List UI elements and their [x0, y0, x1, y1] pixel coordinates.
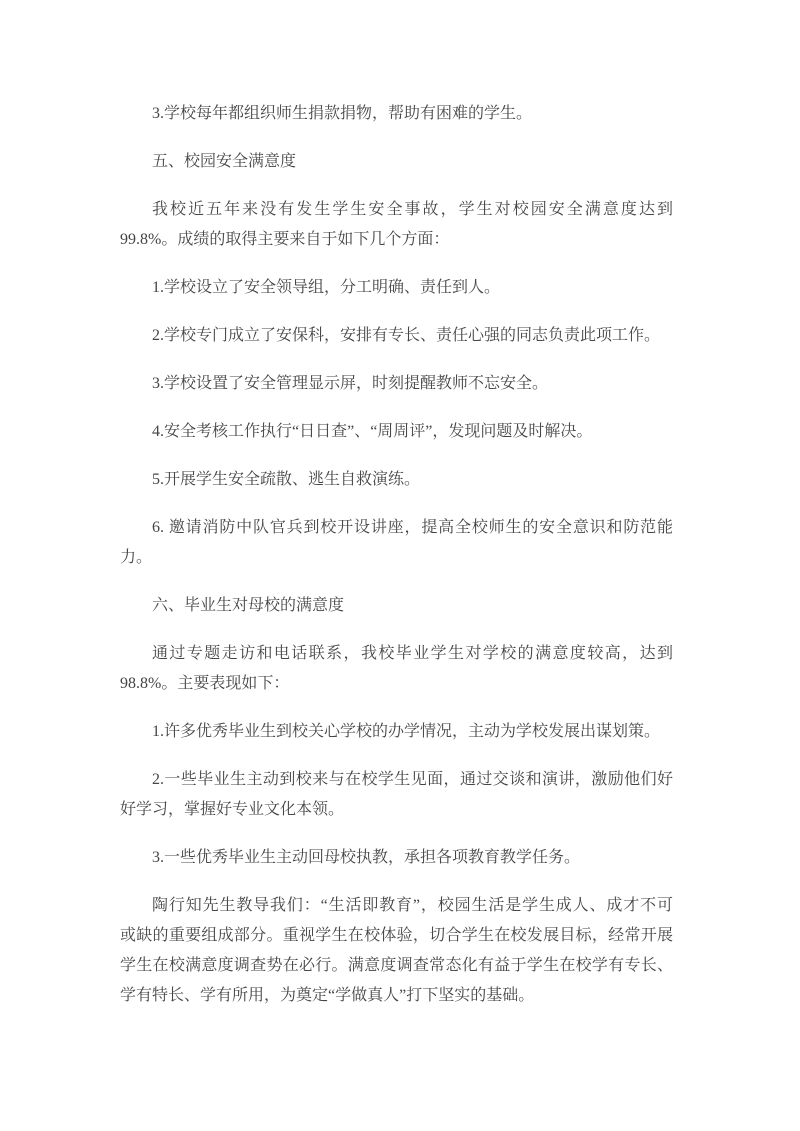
body-paragraph: 我校近五年来没有发生学生安全事故，学生对校园安全满意度达到99.8%。成绩的取得… [120, 195, 673, 255]
text-line: 2.一些毕业生主动到校来与在校学生见面，通过交谈和演讲，激励他们好 [120, 765, 673, 795]
numbered-paragraph: 3.学校每年都组织师生捐款捐物，帮助有困难的学生。 [120, 99, 673, 129]
document-body: 3.学校每年都组织师生捐款捐物，帮助有困难的学生。五、校园安全满意度我校近五年来… [120, 99, 673, 1011]
text-line: 3.一些优秀毕业生主动回母校执教，承担各项教育教学任务。 [120, 843, 673, 873]
text-line: 5.开展学生安全疏散、逃生自救演练。 [120, 465, 673, 495]
section-heading: 五、校园安全满意度 [120, 147, 673, 177]
body-paragraph: 通过专题走访和电话联系，我校毕业学生对学校的满意度较高，达到98.8%。主要表现… [120, 639, 673, 699]
text-line: 好学习，掌握好专业文化本领。 [120, 795, 673, 825]
text-line: 五、校园安全满意度 [120, 147, 673, 177]
text-line: 1.学校设立了安全领导组，分工明确、责任到人。 [120, 273, 673, 303]
text-line: 1.许多优秀毕业生到校关心学校的办学情况，主动为学校发展出谋划策。 [120, 717, 673, 747]
numbered-paragraph: 5.开展学生安全疏散、逃生自救演练。 [120, 465, 673, 495]
text-line: 学有特长、学有所用，为奠定“学做真人”打下坚实的基础。 [120, 981, 673, 1011]
text-line: 通过专题走访和电话联系，我校毕业学生对学校的满意度较高，达到 [120, 639, 673, 669]
text-line: 99.8%。成绩的取得主要来自于如下几个方面： [120, 225, 673, 255]
body-paragraph: 陶行知先生教导我们：“生活即教育”，校园生活是学生成人、成才不可或缺的重要组成部… [120, 891, 673, 1011]
numbered-paragraph: 2.一些毕业生主动到校来与在校学生见面，通过交谈和演讲，激励他们好好学习，掌握好… [120, 765, 673, 825]
numbered-paragraph: 3.学校设置了安全管理显示屏，时刻提醒教师不忘安全。 [120, 369, 673, 399]
section-heading: 六、毕业生对母校的满意度 [120, 591, 673, 621]
text-line: 六、毕业生对母校的满意度 [120, 591, 673, 621]
numbered-paragraph: 3.一些优秀毕业生主动回母校执教，承担各项教育教学任务。 [120, 843, 673, 873]
text-line: 6. 邀请消防中队官兵到校开设讲座，提高全校师生的安全意识和防范能 [120, 513, 673, 543]
numbered-paragraph: 1.许多优秀毕业生到校关心学校的办学情况，主动为学校发展出谋划策。 [120, 717, 673, 747]
text-line: 2.学校专门成立了安保科，安排有专长、责任心强的同志负责此项工作。 [120, 321, 673, 351]
text-line: 力。 [120, 543, 673, 573]
numbered-paragraph: 6. 邀请消防中队官兵到校开设讲座，提高全校师生的安全意识和防范能力。 [120, 513, 673, 573]
text-line: 学生在校满意度调查势在必行。满意度调查常态化有益于学生在校学有专长、 [120, 951, 673, 981]
text-line: 98.8%。主要表现如下： [120, 669, 673, 699]
text-line: 4.安全考核工作执行“日日查”、“周周评”，发现问题及时解决。 [120, 417, 673, 447]
numbered-paragraph: 2.学校专门成立了安保科，安排有专长、责任心强的同志负责此项工作。 [120, 321, 673, 351]
numbered-paragraph: 4.安全考核工作执行“日日查”、“周周评”，发现问题及时解决。 [120, 417, 673, 447]
text-line: 我校近五年来没有发生学生安全事故，学生对校园安全满意度达到 [120, 195, 673, 225]
text-line: 或缺的重要组成部分。重视学生在校体验，切合学生在校发展目标，经常开展 [120, 921, 673, 951]
text-line: 3.学校设置了安全管理显示屏，时刻提醒教师不忘安全。 [120, 369, 673, 399]
document-page: 3.学校每年都组织师生捐款捐物，帮助有困难的学生。五、校园安全满意度我校近五年来… [0, 0, 800, 1131]
text-line: 陶行知先生教导我们：“生活即教育”，校园生活是学生成人、成才不可 [120, 891, 673, 921]
numbered-paragraph: 1.学校设立了安全领导组，分工明确、责任到人。 [120, 273, 673, 303]
text-line: 3.学校每年都组织师生捐款捐物，帮助有困难的学生。 [120, 99, 673, 129]
